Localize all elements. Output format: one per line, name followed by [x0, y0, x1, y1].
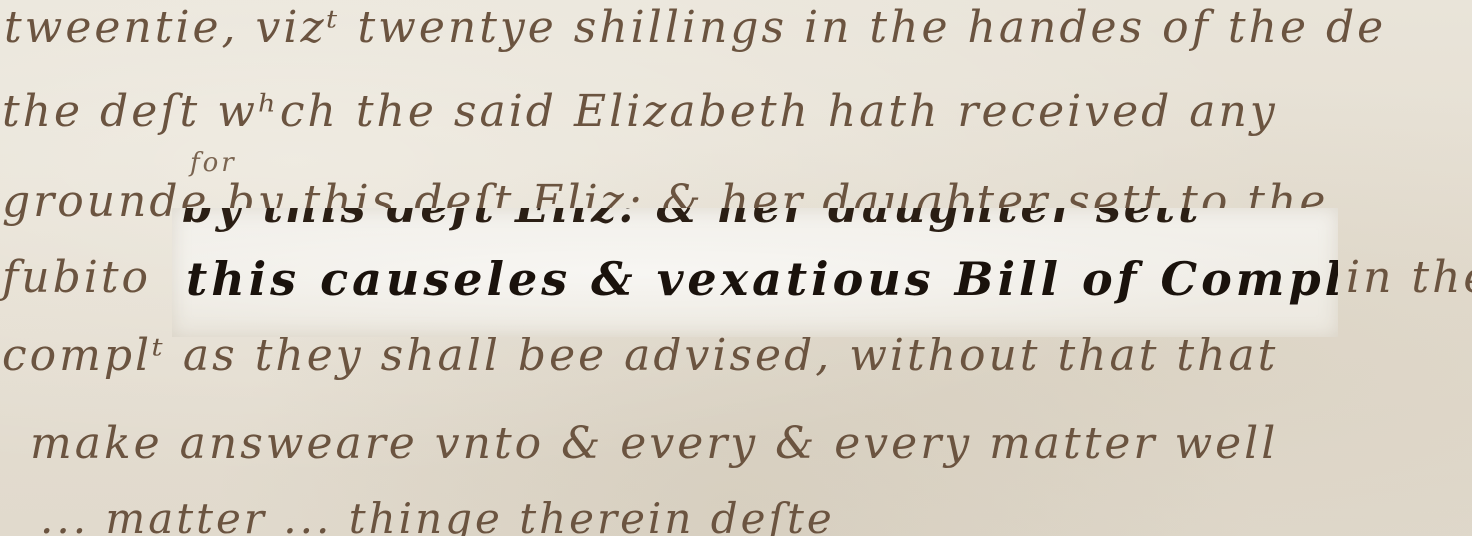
highlighted-transcription-text: this causeles & vexatious Bill of Complᵗ — [186, 252, 1338, 306]
manuscript-line-6: make answeare vnto & every & every matte… — [30, 418, 1278, 469]
manuscript-line-4-right: in the — [1346, 252, 1472, 303]
manuscript-interlinear-note: for — [190, 148, 237, 178]
manuscript-line-1: tweentie, vizᵗ twentye shillings in the … — [4, 2, 1386, 53]
manuscript-line-4-left: fubito — [2, 252, 151, 303]
manuscript-line-5: complᵗ as they shall bee advised, withou… — [2, 330, 1278, 381]
highlighted-text-line: by this deſt Eliz: & her daughter sett t… — [172, 208, 1338, 337]
manuscript-line-7: ... matter ... thinge therein deſte — [40, 494, 835, 536]
highlight-overlap-fragment: by this deſt Eliz: & her daughter sett — [182, 208, 1201, 233]
manuscript-line-2: the deſt wʰch the said Elizabeth hath re… — [2, 86, 1278, 137]
